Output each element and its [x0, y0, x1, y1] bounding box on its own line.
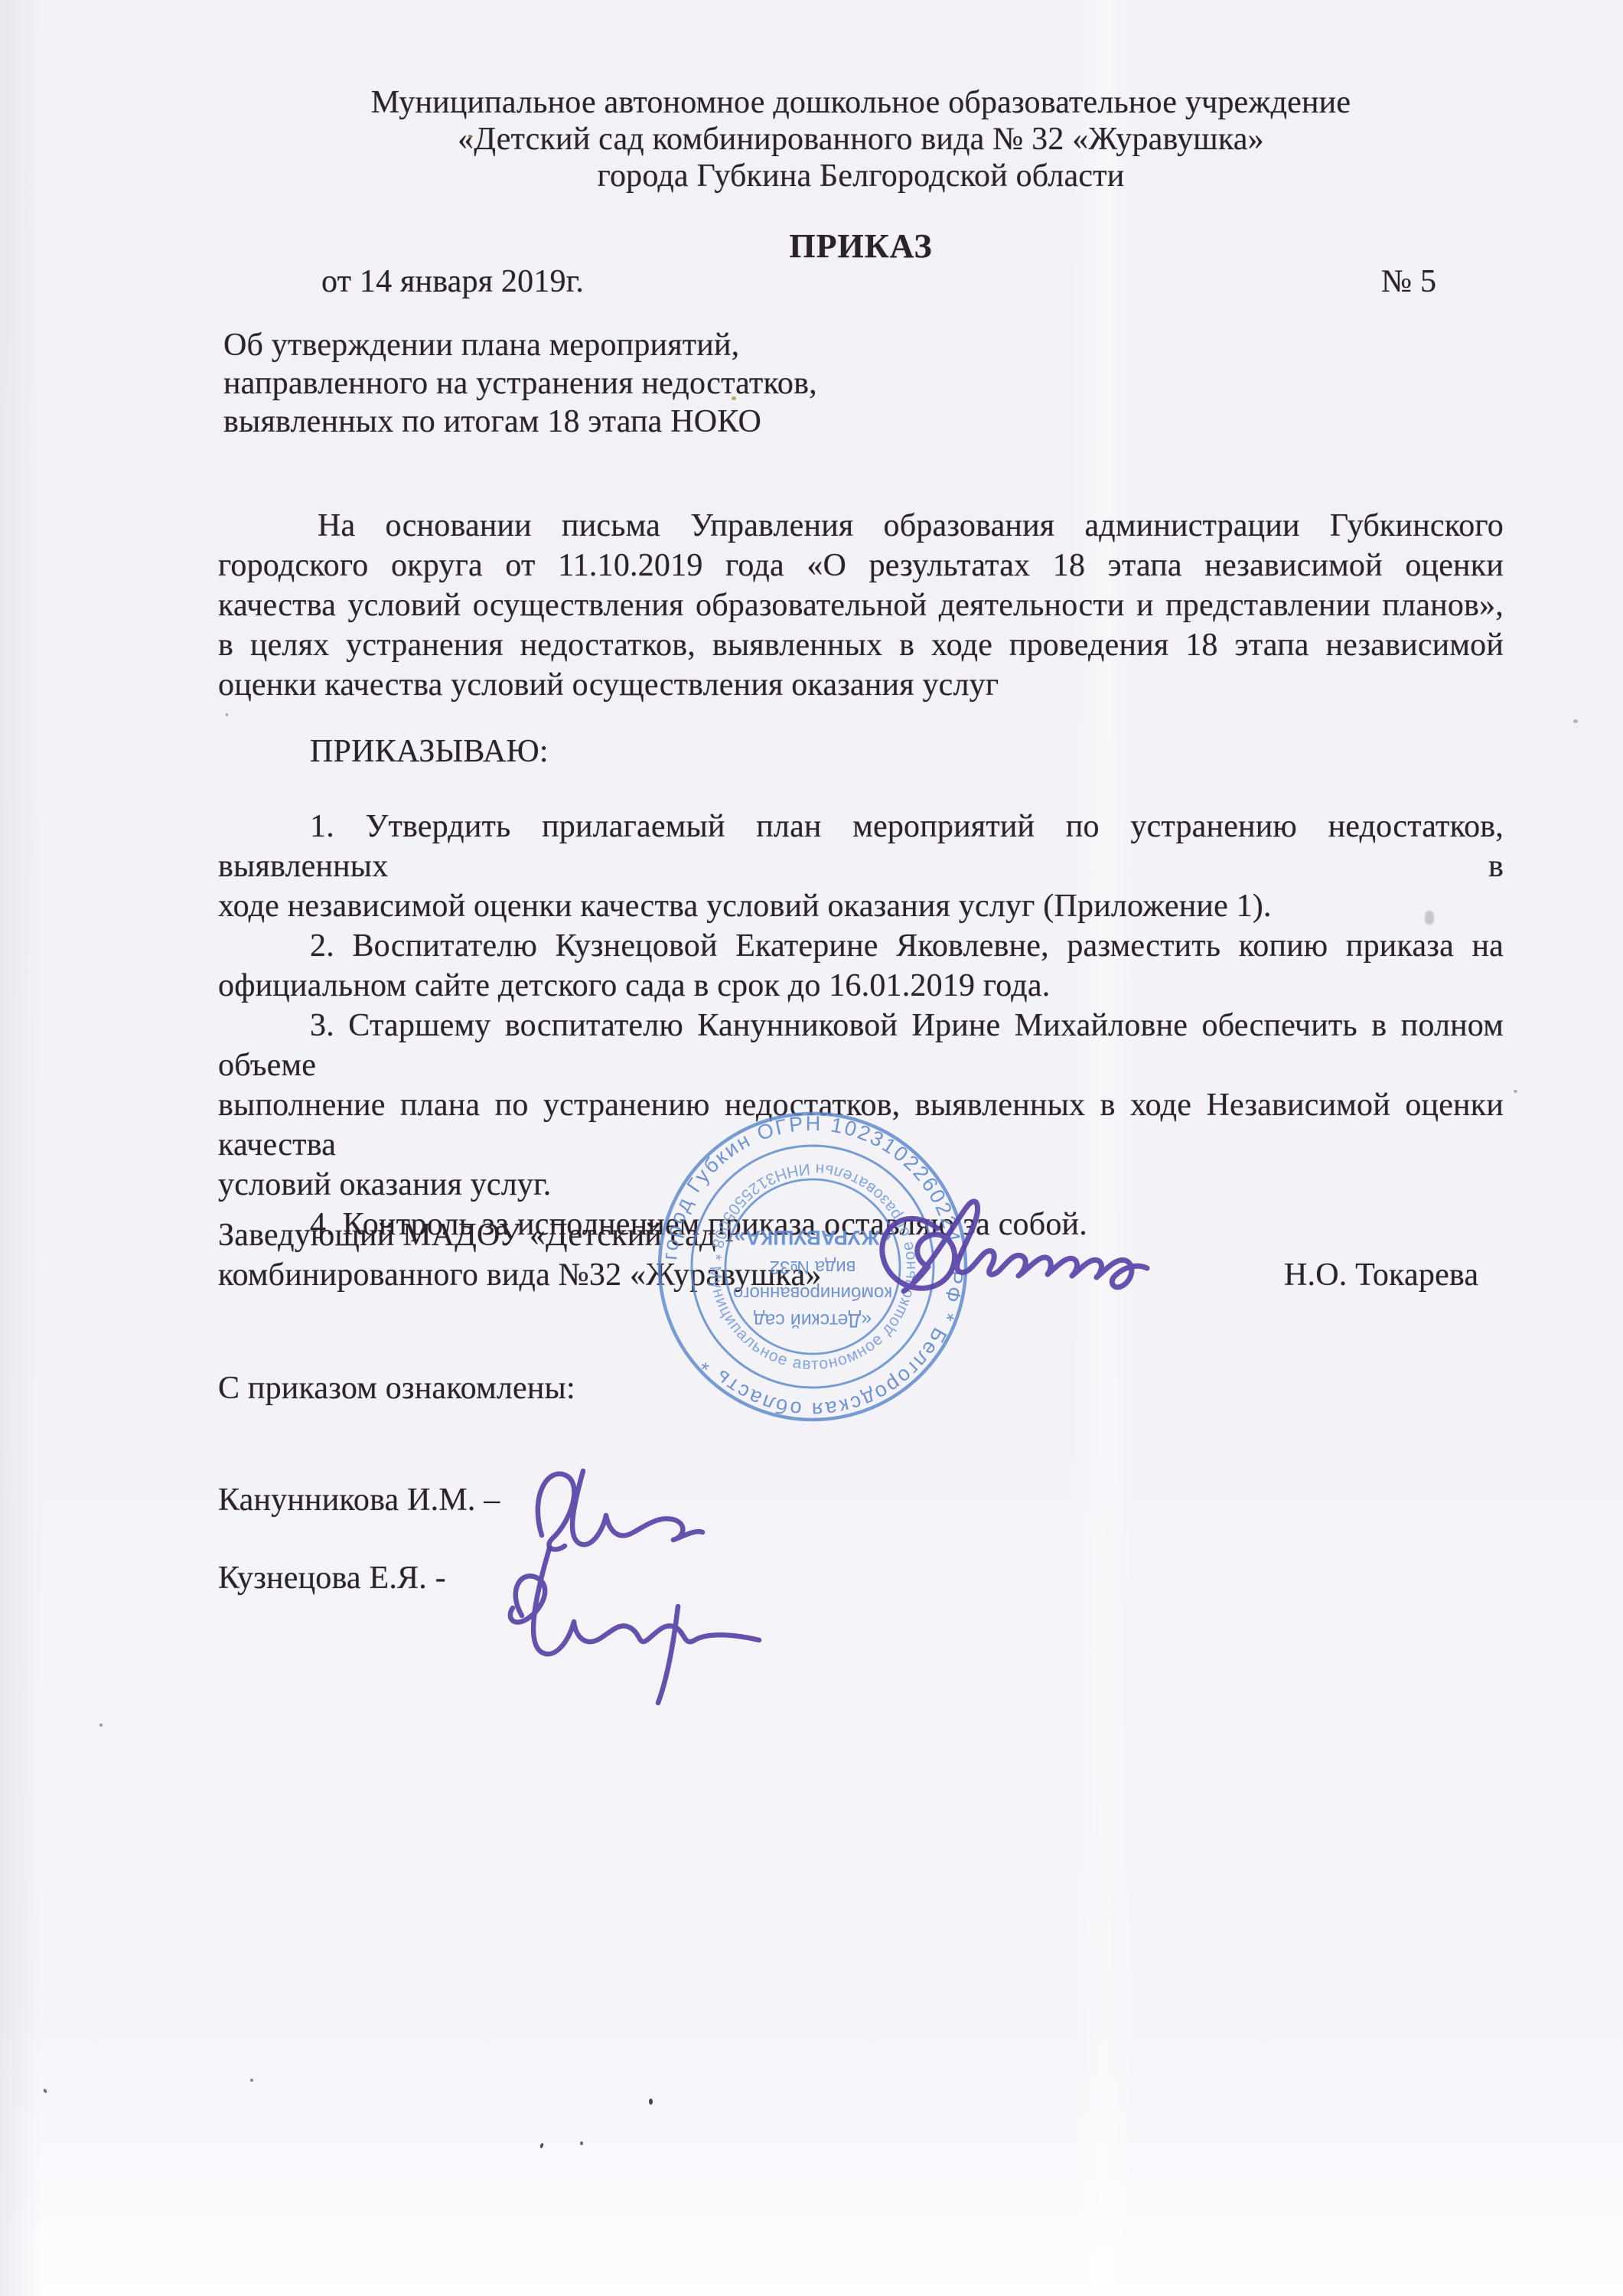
date-number-row: от 14 января 2019г. № 5: [0, 262, 1623, 302]
subject-line: Об утверждении плана мероприятий,: [223, 326, 989, 364]
preamble: На основании письма Управления образован…: [218, 506, 1504, 705]
scan-speck: [43, 2088, 47, 2093]
order-item-line: официальном сайте детского сада в срок д…: [218, 966, 1504, 1006]
head-signature: [861, 1182, 1182, 1343]
scan-speck: [539, 2143, 544, 2149]
order-item-line: 2. Воспитателю Кузнецовой Екатерине Яков…: [218, 926, 1504, 966]
acknowledged-label: С приказом ознакомлены:: [218, 1368, 575, 1408]
doc-subject: Об утверждении плана мероприятий, направ…: [223, 326, 989, 441]
doc-title: ПРИКАЗ: [218, 227, 1504, 266]
doc-date: от 14 января 2019г.: [321, 262, 584, 302]
subject-line: направленного на устранения недостатков,: [223, 364, 989, 403]
org-name-line-2: «Детский сад комбинированного вида № 32 …: [218, 121, 1504, 158]
order-item-line: ходе независимой оценки качества условий…: [218, 886, 1504, 926]
scan-speck: [226, 713, 228, 716]
scan-speck: [580, 2141, 583, 2145]
scan-speck: [649, 2099, 653, 2105]
stamp-center-line-3: вида №32: [770, 1257, 856, 1277]
scan-speck: [99, 1724, 103, 1727]
preamble-line: в целях устранения недостатков, выявленн…: [218, 625, 1504, 665]
preamble-line: На основании письма Управления образован…: [218, 506, 1504, 546]
ack-person-1: Канунникова И.М. –: [218, 1480, 500, 1520]
stamp-center-line-1: «Детский сад: [753, 1309, 872, 1331]
order-item-line: 1. Утвердить прилагаемый план мероприяти…: [218, 807, 1504, 886]
org-name-line-3: города Губкина Белгородской области: [218, 158, 1504, 194]
preamble-line: городского округа от 11.10.2019 года «О …: [218, 546, 1504, 585]
scan-speck: [1514, 1090, 1517, 1093]
preamble-line: оценки качества условий осуществления ок…: [218, 665, 1504, 705]
ack-person-2: Кузнецова Е.Я. -: [218, 1558, 446, 1598]
document-scan: Муниципальное автономное дошкольное обра…: [0, 0, 1623, 2296]
resolution-word: ПРИКАЗЫВАЮ:: [218, 732, 1504, 771]
org-name-line-1: Муниципальное автономное дошкольное обра…: [218, 84, 1504, 121]
doc-number: № 5: [1381, 262, 1436, 302]
order-item-line: 3. Старшему воспитателю Канунниковой Ири…: [218, 1006, 1504, 1085]
head-signature-name: Н.О. Токарева: [1284, 1255, 1478, 1295]
subject-line: выявленных по итогам 18 этапа НОКО: [223, 403, 989, 441]
ack-signature-2: [451, 1527, 788, 1726]
org-header: Муниципальное автономное дошкольное обра…: [218, 84, 1504, 194]
scan-speck: [1573, 719, 1578, 723]
preamble-line: качества условий осуществления образоват…: [218, 585, 1504, 625]
scan-speck: [250, 2079, 253, 2082]
